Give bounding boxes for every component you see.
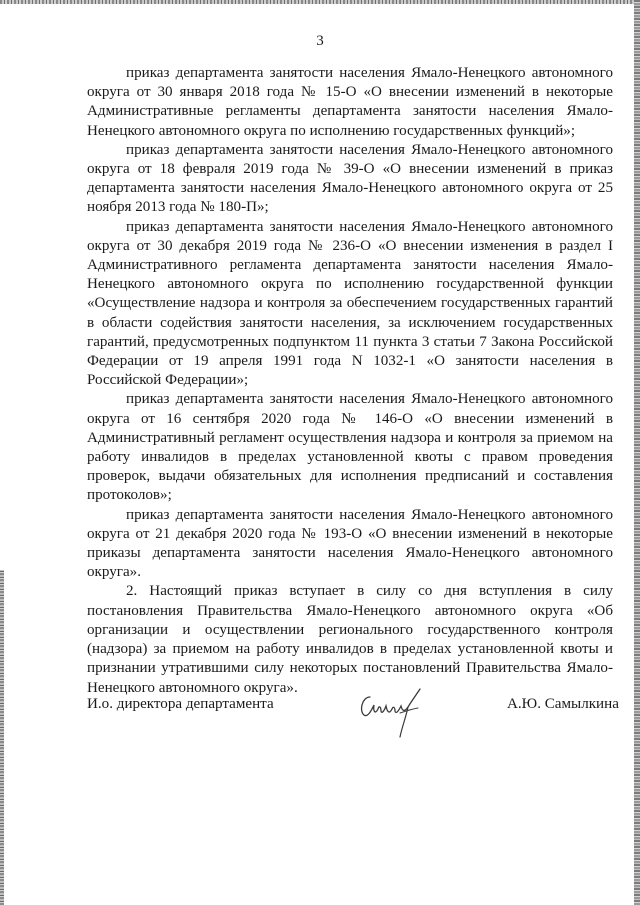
paragraph-effective-date: 2. Настоящий приказ вступает в силу со д… bbox=[87, 582, 613, 697]
scan-border-top bbox=[0, 0, 640, 4]
signatory-name: А.Ю. Самылкина bbox=[507, 696, 619, 713]
paragraph-order-2018-15: приказ департамента занятости населения … bbox=[87, 64, 613, 141]
handwritten-signature-icon bbox=[356, 687, 432, 739]
signatory-title: И.о. директора департамента bbox=[87, 696, 274, 713]
paragraph-order-2020-146: приказ департамента занятости населения … bbox=[87, 390, 613, 505]
document-body: приказ департамента занятости населения … bbox=[87, 64, 613, 698]
paragraph-order-2020-193: приказ департамента занятости населения … bbox=[87, 506, 613, 583]
scan-border-right bbox=[634, 0, 640, 905]
page-number: 3 bbox=[0, 33, 640, 50]
signature-block: И.о. директора департамента А.Ю. Самылки… bbox=[0, 693, 640, 743]
paragraph-order-2019-236: приказ департамента занятости населения … bbox=[87, 218, 613, 391]
paragraph-order-2019-39: приказ департамента занятости населения … bbox=[87, 141, 613, 218]
